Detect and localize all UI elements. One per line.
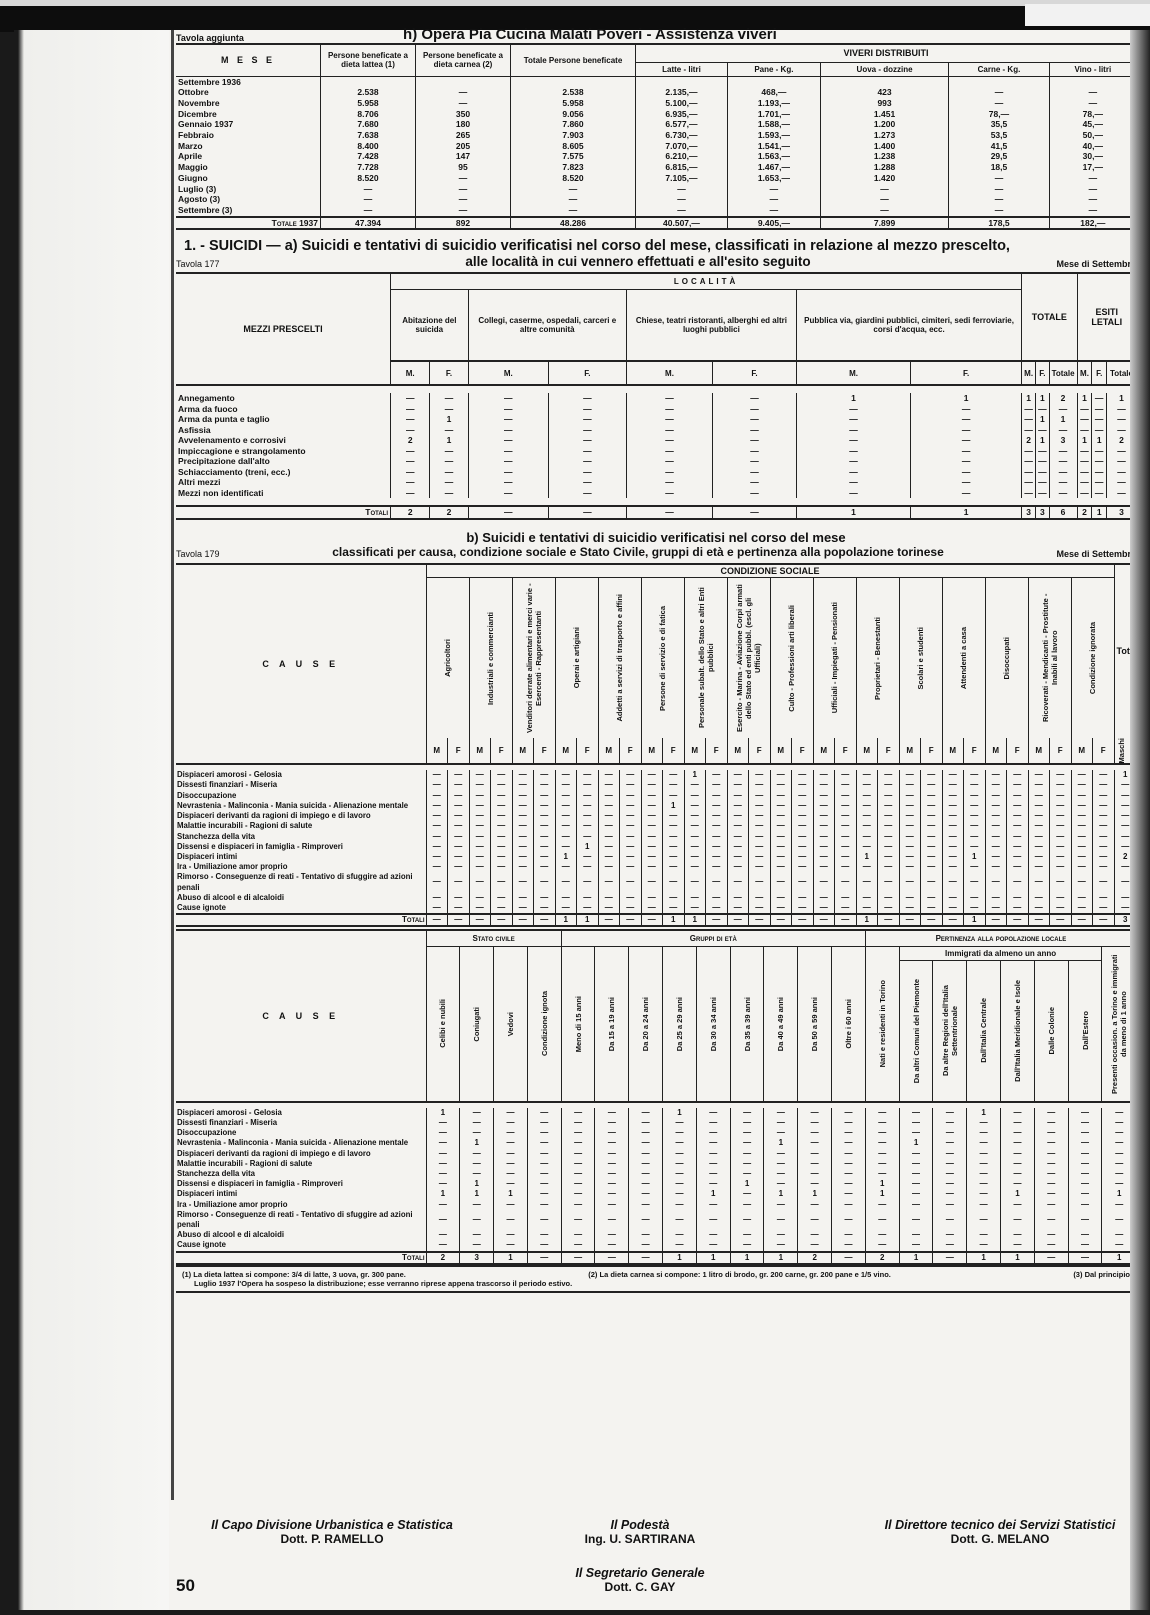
cell: —: [460, 1149, 494, 1159]
cell: —: [1092, 425, 1106, 436]
cell: —: [468, 488, 548, 499]
cell: —: [706, 821, 728, 831]
cell: —: [696, 1128, 730, 1138]
cell-totale: 9.056: [511, 109, 636, 120]
cell-uova: 1.200: [820, 119, 948, 130]
cell: —: [684, 852, 706, 862]
cell: —: [577, 780, 599, 790]
cell: —: [1007, 903, 1029, 914]
cell: —: [1071, 872, 1093, 892]
cell: —: [527, 1118, 561, 1128]
cell: —: [835, 821, 857, 831]
cell: —: [468, 456, 548, 467]
cell: —: [764, 1128, 798, 1138]
cell: —: [629, 1169, 663, 1179]
cell: —: [577, 770, 599, 780]
col-f: F: [792, 738, 814, 764]
cell: —: [749, 770, 771, 780]
cell: —: [964, 821, 986, 831]
cell: —: [1092, 488, 1106, 499]
cell: —: [1050, 832, 1072, 842]
cell: —: [430, 477, 468, 488]
cell: —: [1093, 770, 1115, 780]
cell: —: [426, 872, 448, 892]
total-cell: —: [985, 914, 1007, 926]
cell: —: [391, 425, 430, 436]
col-condizione: Esercito - Marina - Aviazione Corpi arma…: [727, 578, 770, 738]
cell: —: [964, 780, 986, 790]
total-row: Totali231————11112—21—11——1: [176, 1252, 1136, 1264]
cell: —: [527, 1210, 561, 1230]
cell: —: [964, 801, 986, 811]
cell: —: [696, 1169, 730, 1179]
cell: —: [1007, 811, 1029, 821]
cell: —: [684, 893, 706, 903]
cell-totale: 7.860: [511, 119, 636, 130]
cell-vino: 78,—: [1049, 109, 1136, 120]
cell: —: [696, 1108, 730, 1118]
cell-uova: 1.420: [820, 173, 948, 184]
table-row: Avvelenamento e corrosivi21——————213112: [176, 435, 1136, 446]
cell: —: [620, 791, 642, 801]
cell: —: [534, 770, 556, 780]
cell: —: [468, 446, 548, 457]
cell: —: [942, 903, 964, 914]
row-label: Arma da fuoco: [176, 404, 391, 415]
cell: —: [832, 1149, 866, 1159]
total-label: Totali: [176, 1252, 426, 1264]
total-cell: —: [512, 914, 534, 926]
cell: —: [856, 801, 878, 811]
cell: —: [798, 1108, 832, 1118]
cell-latte: —: [636, 184, 728, 195]
table-row: Nevrastenia - Malinconia - Mania suicida…: [176, 1138, 1136, 1148]
cell: —: [985, 832, 1007, 842]
cell-latte: 6.577,—: [636, 119, 728, 130]
col-eta: Da 30 a 34 anni: [696, 946, 730, 1102]
cell: 1: [426, 1189, 460, 1199]
table-row: Abuso di alcool e di alcaloidi——————————…: [176, 893, 1136, 903]
cell: —: [856, 821, 878, 831]
row-cause: Dissensi e dispiaceri in famiglia - Rimp…: [176, 842, 426, 852]
cell: —: [534, 821, 556, 831]
cell: —: [813, 832, 835, 842]
col-tot: Totale: [1049, 361, 1077, 385]
cell-latte: 6.730,—: [636, 130, 728, 141]
scan-corner: [1025, 4, 1150, 26]
cell: —: [527, 1230, 561, 1240]
cell: —: [764, 1210, 798, 1230]
total-label: Totale 1937: [176, 217, 321, 230]
cell: —: [1092, 446, 1106, 457]
total-label: Totali: [176, 914, 426, 926]
cell: —: [448, 832, 470, 842]
row-cause: Cause ignote: [176, 1240, 426, 1251]
total-cell: —: [448, 914, 470, 926]
cell: —: [706, 770, 728, 780]
cell: —: [942, 811, 964, 821]
table-row: Rimorso - Conseguenze di reati - Tentati…: [176, 1210, 1136, 1230]
cell: —: [696, 1230, 730, 1240]
row-cause: Dispiaceri derivanti da ragioni di impie…: [176, 811, 426, 821]
cell: —: [749, 842, 771, 852]
table-row: Impiccagione e strangolamento———————————…: [176, 446, 1136, 457]
cell: —: [595, 1138, 629, 1148]
cell: —: [1050, 862, 1072, 872]
cell: —: [706, 780, 728, 790]
cell: —: [491, 842, 513, 852]
col-viveri-distribuiti: VIVERI DISTRIBUITI: [636, 44, 1137, 62]
cell: —: [1050, 801, 1072, 811]
cell-carnea: —: [416, 173, 511, 184]
cell: —: [426, 1230, 460, 1240]
cell: —: [985, 811, 1007, 821]
cell: —: [964, 842, 986, 852]
cell: —: [469, 852, 491, 862]
col-condizione: Operai e artigiani: [555, 578, 598, 738]
cell: —: [548, 456, 626, 467]
cell: —: [491, 893, 513, 903]
cell: —: [933, 1169, 967, 1179]
cell: —: [391, 393, 430, 404]
cell: —: [1007, 872, 1029, 892]
row-month: Giugno: [176, 173, 321, 184]
cell: —: [899, 811, 921, 821]
cell: —: [494, 1149, 528, 1159]
table-suicidi-condizione-sociale: C A U S E CONDIZIONE SOCIALE Totale Agri…: [176, 563, 1136, 927]
total-cell: —: [832, 1252, 866, 1264]
page-binding-line: [171, 30, 174, 1500]
cell: —: [749, 801, 771, 811]
cell: —: [684, 872, 706, 892]
cell: —: [527, 1169, 561, 1179]
cell: —: [1028, 852, 1050, 862]
cell: —: [878, 862, 900, 872]
cell: —: [663, 872, 685, 892]
cell: —: [942, 770, 964, 780]
cell: —: [494, 1118, 528, 1128]
col-f: F: [878, 738, 900, 764]
cell: —: [595, 1200, 629, 1210]
cell: —: [985, 872, 1007, 892]
cell: —: [1007, 832, 1029, 842]
cell: —: [730, 1200, 764, 1210]
cell: —: [684, 842, 706, 852]
cell: —: [641, 801, 663, 811]
cell: —: [832, 1189, 866, 1199]
cell: 1: [967, 1108, 1001, 1118]
col-m: M: [770, 738, 792, 764]
cell: 1: [460, 1138, 494, 1148]
cell-uova: 1.451: [820, 109, 948, 120]
col-uova: Uova - dozzine: [820, 62, 948, 76]
cell: —: [494, 1179, 528, 1189]
cell: —: [706, 852, 728, 862]
cell: —: [512, 903, 534, 914]
cell: —: [641, 791, 663, 801]
cell-vino: 40,—: [1049, 141, 1136, 152]
cell: —: [469, 811, 491, 821]
cell: —: [1001, 1159, 1035, 1169]
cell: —: [933, 1240, 967, 1251]
row-cause: Nevrastenia - Malinconia - Mania suicida…: [176, 1138, 426, 1148]
cell: 1: [1001, 1189, 1035, 1199]
cell: —: [1028, 903, 1050, 914]
col-condizione: Persone di servizio e di fatica: [641, 578, 684, 738]
total-cell: 2: [798, 1252, 832, 1264]
cell: —: [1071, 801, 1093, 811]
cell: —: [1022, 456, 1036, 467]
cell: —: [641, 780, 663, 790]
total-cell: 3: [1036, 506, 1050, 519]
cell: —: [856, 770, 878, 780]
cell: —: [792, 862, 814, 872]
cell: —: [832, 1138, 866, 1148]
total-cell: 1: [911, 506, 1022, 519]
cell: —: [426, 1169, 460, 1179]
table-row: Dissesti finanziari - Miseria———————————…: [176, 780, 1136, 790]
cell: —: [798, 1118, 832, 1128]
cell: 1: [1036, 435, 1050, 446]
cell: —: [1028, 821, 1050, 831]
cell: —: [798, 1149, 832, 1159]
cell: —: [426, 780, 448, 790]
total-cell: 1: [967, 1252, 1001, 1264]
cell: —: [1093, 872, 1115, 892]
cell: —: [749, 903, 771, 914]
cell: 1: [1036, 393, 1050, 404]
cell: —: [598, 862, 620, 872]
cell: —: [561, 1149, 595, 1159]
cell: —: [548, 467, 626, 478]
table-row: Giugno8.520—8.5207.105,—1.653,—1.420——: [176, 173, 1136, 184]
cell: —: [813, 903, 835, 914]
cell-pane: —: [727, 205, 820, 217]
cell: —: [577, 893, 599, 903]
cell: —: [1034, 1138, 1068, 1148]
cell-totale: 7.903: [511, 130, 636, 141]
cell: —: [426, 1179, 460, 1189]
cell: —: [426, 893, 448, 903]
cell: —: [856, 780, 878, 790]
cell: —: [899, 832, 921, 842]
cell: —: [813, 811, 835, 821]
cell: —: [663, 1128, 697, 1138]
col-f: F.: [1092, 361, 1106, 385]
cell: —: [1001, 1210, 1035, 1230]
cell: —: [598, 801, 620, 811]
cell: —: [629, 1149, 663, 1159]
table-b-header: 1. - SUICIDI — a) Suicidi e tentativi di…: [176, 238, 1136, 269]
cell: —: [727, 903, 749, 914]
cell: —: [469, 893, 491, 903]
signature-ramello: Il Capo Divisione Urbanistica e Statisti…: [172, 1518, 492, 1546]
cell: —: [713, 425, 797, 436]
cell: —: [430, 488, 468, 499]
col-immigrati: Immigrati da almeno un anno: [899, 946, 1102, 960]
cell: —: [713, 404, 797, 415]
cell: —: [1068, 1159, 1102, 1169]
cell: —: [1093, 801, 1115, 811]
cell: —: [561, 1118, 595, 1128]
cell: —: [430, 456, 468, 467]
cell-lattea: 7.638: [321, 130, 416, 141]
cell-lattea: —: [321, 205, 416, 217]
cell-latte: 7.105,—: [636, 173, 728, 184]
cell-carne: 41,5: [949, 141, 1049, 152]
cell: —: [933, 1230, 967, 1240]
cell-pane: 1.593,—: [727, 130, 820, 141]
cell: —: [921, 811, 943, 821]
cell-lattea: 8.400: [321, 141, 416, 152]
cell: —: [713, 446, 797, 457]
table-row: Mezzi non identificati——————————————: [176, 488, 1136, 499]
cell: —: [813, 821, 835, 831]
col-f: F: [964, 738, 986, 764]
cell: —: [684, 821, 706, 831]
cell: —: [1036, 467, 1050, 478]
cell: —: [1092, 477, 1106, 488]
col-cause: C A U S E: [176, 564, 426, 764]
row-label: Avvelenamento e corrosivi: [176, 435, 391, 446]
col-m: M.: [1022, 361, 1036, 385]
cell-carne: —: [949, 194, 1049, 205]
cell: —: [964, 872, 986, 892]
cell: —: [727, 862, 749, 872]
cell: —: [577, 832, 599, 842]
col-condizione: Culto - Professioni arti liberali: [770, 578, 813, 738]
table-row: Ira - Umiliazione amor proprio——————————…: [176, 1200, 1136, 1210]
cell: —: [878, 791, 900, 801]
cell: —: [595, 1189, 629, 1199]
cell: —: [798, 1179, 832, 1189]
cell: —: [1034, 1159, 1068, 1169]
cell: —: [1068, 1189, 1102, 1199]
total-cell: 1: [964, 914, 986, 926]
cell: —: [764, 1149, 798, 1159]
cell: —: [527, 1128, 561, 1138]
cell: —: [469, 862, 491, 872]
cell: —: [878, 801, 900, 811]
table-row: Altri mezzi——————————————: [176, 477, 1136, 488]
cell: —: [1093, 893, 1115, 903]
col-pertinenza: Pertinenza alla popolazione locale: [865, 930, 1136, 946]
cell: —: [460, 1108, 494, 1118]
cell: —: [899, 1108, 933, 1118]
col-condizione: Proprietari - Benestanti: [856, 578, 899, 738]
cell-latte: 6.210,—: [636, 151, 728, 162]
cell: —: [1001, 1230, 1035, 1240]
cell: —: [430, 446, 468, 457]
cell: —: [641, 832, 663, 842]
cell: —: [792, 872, 814, 892]
cell: —: [832, 1118, 866, 1128]
cell: —: [835, 832, 857, 842]
cell: —: [1007, 852, 1029, 862]
total-totale: 48.286: [511, 217, 636, 230]
cell: —: [798, 1240, 832, 1251]
cell: —: [921, 821, 943, 831]
cell: —: [727, 832, 749, 842]
total-cell: 3: [1022, 506, 1036, 519]
cell: 1: [1049, 414, 1077, 425]
cell: —: [629, 1189, 663, 1199]
cell: —: [663, 770, 685, 780]
footnote-3-cont: Luglio 1937 l'Opera ha sospeso la distri…: [182, 1279, 1130, 1288]
cell: —: [1093, 862, 1115, 872]
cell: —: [749, 811, 771, 821]
cell: —: [629, 1230, 663, 1240]
cell-carnea: 205: [416, 141, 511, 152]
cell: —: [534, 811, 556, 821]
cell: —: [595, 1210, 629, 1230]
col-totale: TOTALE: [1022, 273, 1077, 361]
cell: —: [460, 1128, 494, 1138]
cell: —: [1034, 1108, 1068, 1118]
cell: —: [985, 842, 1007, 852]
row-month: Agosto (3): [176, 194, 321, 205]
cell: —: [899, 1200, 933, 1210]
row-month: Dicembre: [176, 109, 321, 120]
cell: —: [426, 1210, 460, 1230]
cell: —: [813, 893, 835, 903]
table-row: Febbraio7.6382657.9036.730,—1.593,—1.273…: [176, 130, 1136, 141]
col-totale-persone: Totale Persone beneficate: [511, 44, 636, 76]
cell: —: [730, 1230, 764, 1240]
cell: —: [942, 842, 964, 852]
cell: —: [469, 821, 491, 831]
cell: —: [468, 435, 548, 446]
cell: —: [706, 791, 728, 801]
cell: —: [696, 1118, 730, 1128]
cell: —: [1001, 1128, 1035, 1138]
total-cell: 1: [663, 914, 685, 926]
cell: —: [865, 1128, 899, 1138]
total-cell: —: [620, 914, 642, 926]
table-row: Dispiaceri amorosi - Gelosia————————————…: [176, 770, 1136, 780]
cell-carnea: 350: [416, 109, 511, 120]
cell-carne: 29,5: [949, 151, 1049, 162]
cell-pane: 1.467,—: [727, 162, 820, 173]
cell: —: [534, 872, 556, 892]
cell: —: [933, 1179, 967, 1189]
col-localita: LOCALITÀ: [391, 273, 1022, 289]
col-latte: Latte - litri: [636, 62, 728, 76]
total-cell: 2: [430, 506, 468, 519]
col-stato: Celibi e nubili: [426, 946, 460, 1102]
col-condizione-sociale: CONDIZIONE SOCIALE: [426, 564, 1114, 578]
cell: —: [792, 801, 814, 811]
cell: —: [796, 456, 910, 467]
cell: —: [727, 893, 749, 903]
cell: —: [663, 893, 685, 903]
cell-vino: 30,—: [1049, 151, 1136, 162]
cell: —: [942, 801, 964, 811]
cell: —: [1001, 1179, 1035, 1189]
cell: —: [985, 862, 1007, 872]
total-cell: —: [641, 914, 663, 926]
cell-pane: 1.563,—: [727, 151, 820, 162]
row-month: Ottobre: [176, 87, 321, 98]
cell: —: [835, 791, 857, 801]
col-dieta-carnea: Persone beneficate a dieta carnea (2): [416, 44, 511, 76]
cell: —: [798, 1200, 832, 1210]
total-cell: —: [942, 914, 964, 926]
cell: —: [641, 862, 663, 872]
cell: 1: [730, 1179, 764, 1189]
cell: —: [911, 425, 1022, 436]
cell: —: [512, 842, 534, 852]
